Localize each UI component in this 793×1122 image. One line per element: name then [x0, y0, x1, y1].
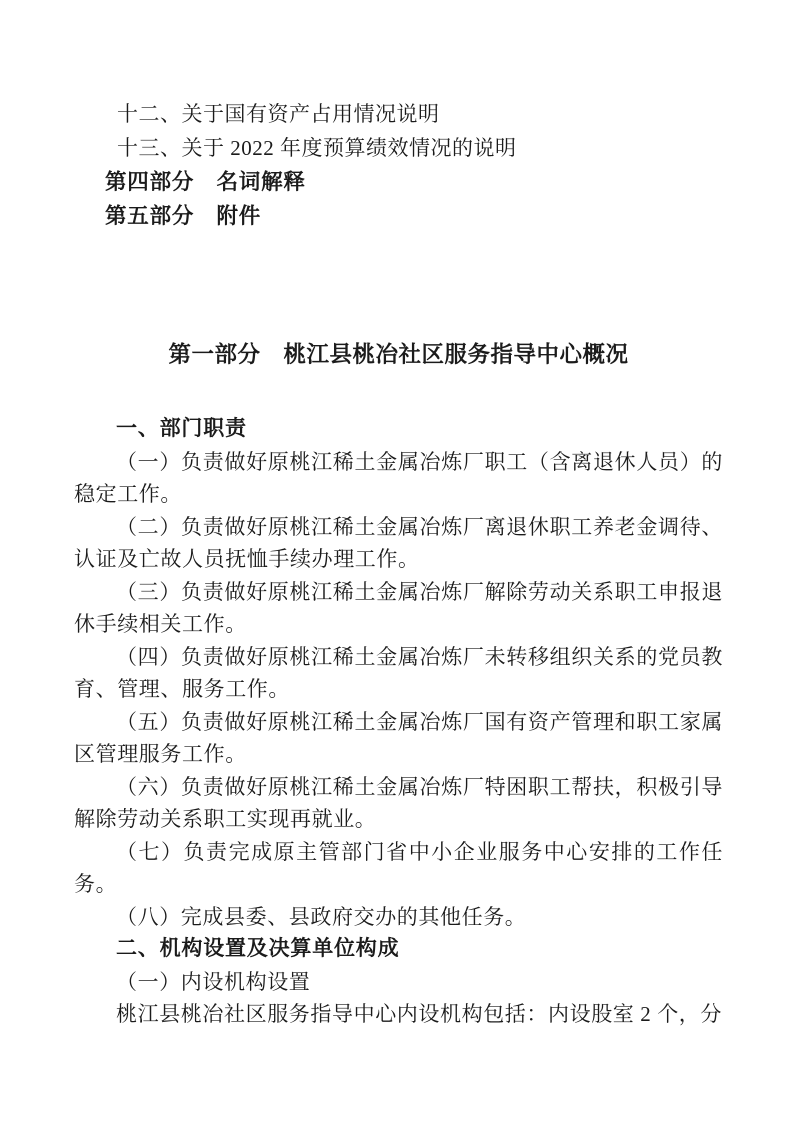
- duty-paragraph-6: （六）负责做好原桃江稀土金属冶炼厂特困职工帮扶，积极引导解除劳动关系职工实现再就…: [74, 771, 723, 836]
- duty-paragraph-5: （五）负责做好原桃江稀土金属冶炼厂国有资产管理和职工家属区管理服务工作。: [74, 706, 723, 771]
- duty-paragraph-1: （一）负责做好原桃江稀土金属冶炼厂职工（含离退休人员）的稳定工作。: [74, 446, 723, 511]
- toc-part-heading-4: 第四部分 名词解释: [74, 165, 723, 199]
- org-sub-heading: （一）内设机构设置: [74, 966, 723, 999]
- toc-item-13: 十三、关于 2022 年度预算绩效情况的说明: [74, 131, 723, 165]
- toc-item-12: 十二、关于国有资产占用情况说明: [74, 97, 723, 131]
- duty-paragraph-4: （四）负责做好原桃江稀土金属冶炼厂未转移组织关系的党员教育、管理、服务工作。: [74, 641, 723, 706]
- heading-organization-setup: 二、机构设置及决算单位构成: [74, 933, 723, 966]
- document-page: 十二、关于国有资产占用情况说明 十三、关于 2022 年度预算绩效情况的说明 第…: [0, 0, 793, 1122]
- table-of-contents: 十二、关于国有资产占用情况说明 十三、关于 2022 年度预算绩效情况的说明 第…: [74, 97, 723, 233]
- org-paragraph: 桃江县桃冶社区服务指导中心内设机构包括：内设股室 2 个，分: [74, 998, 723, 1031]
- duty-paragraph-3: （三）负责做好原桃江稀土金属冶炼厂解除劳动关系职工申报退休手续相关工作。: [74, 576, 723, 641]
- duty-paragraph-8: （八）完成县委、县政府交办的其他任务。: [74, 901, 723, 934]
- duty-paragraph-7: （七）负责完成原主管部门省中小企业服务中心安排的工作任务。: [74, 836, 723, 901]
- toc-part-heading-5: 第五部分 附件: [74, 199, 723, 233]
- duty-paragraph-2: （二）负责做好原桃江稀土金属冶炼厂离退休职工养老金调待、认证及亡故人员抚恤手续办…: [74, 511, 723, 576]
- section-title: 第一部分 桃江县桃冶社区服务指导中心概况: [74, 338, 723, 371]
- heading-department-duties: 一、部门职责: [74, 413, 723, 446]
- document-body: 一、部门职责 （一）负责做好原桃江稀土金属冶炼厂职工（含离退休人员）的稳定工作。…: [74, 413, 723, 1031]
